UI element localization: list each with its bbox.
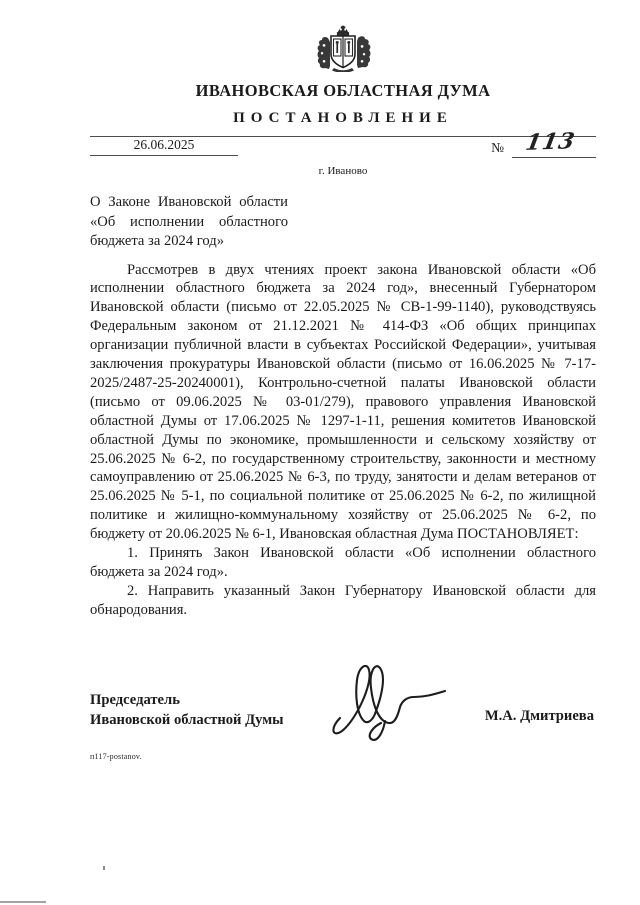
reference-row: 26.06.2025 № 113 <box>90 136 596 161</box>
resolution-item: 2. Направить указанный Закон Губернатору… <box>90 582 596 620</box>
subject-line: О Законе Ивановской области <box>90 193 288 213</box>
signature-scribble-icon <box>328 658 456 751</box>
coat-of-arms-icon <box>312 24 374 77</box>
subject-block: О Законе Ивановской области «Об исполнен… <box>90 193 288 252</box>
date-field: 26.06.2025 <box>90 137 238 156</box>
number-field: № 113 <box>491 137 596 158</box>
body-paragraph: Рассмотрев в двух чтениях проект закона … <box>90 261 596 545</box>
subject-line: «Об исполнении областного <box>90 213 288 233</box>
signer-position: Председатель Ивановской областной Думы <box>90 690 284 730</box>
scan-artifact-line <box>0 901 46 903</box>
date-value: 26.06.2025 <box>134 137 195 152</box>
scanned-document-page: ИВАНОВСКАЯ ОБЛАСТНАЯ ДУМА ПОСТАНОВЛЕНИЕ … <box>0 0 640 905</box>
footer-code: п117-postanov. <box>90 752 596 761</box>
signer-name: М.А. Дмитриева <box>485 708 594 725</box>
document-type-title: ПОСТАНОВЛЕНИЕ <box>90 110 596 127</box>
resolution-item: 1. Принять Закон Ивановской области «Об … <box>90 544 596 582</box>
body-text: Рассмотрев в двух чтениях проект закона … <box>90 261 596 620</box>
subject-line: бюджета за 2024 год» <box>90 232 288 252</box>
city-label: г. Иваново <box>90 165 596 177</box>
document-header: ИВАНОВСКАЯ ОБЛАСТНАЯ ДУМА ПОСТАНОВЛЕНИЕ <box>90 24 596 127</box>
number-underline: 113 <box>512 137 596 158</box>
number-sign-label: № <box>491 140 504 158</box>
signature-block: Председатель Ивановской областной Думы М… <box>90 680 596 740</box>
organization-name: ИВАНОВСКАЯ ОБЛАСТНАЯ ДУМА <box>90 81 596 101</box>
signer-position-line: Председатель <box>90 690 284 710</box>
number-value-handwritten: 113 <box>524 128 578 156</box>
signer-position-line: Ивановской областной Думы <box>90 710 284 730</box>
scan-artifact-tick <box>103 866 105 870</box>
